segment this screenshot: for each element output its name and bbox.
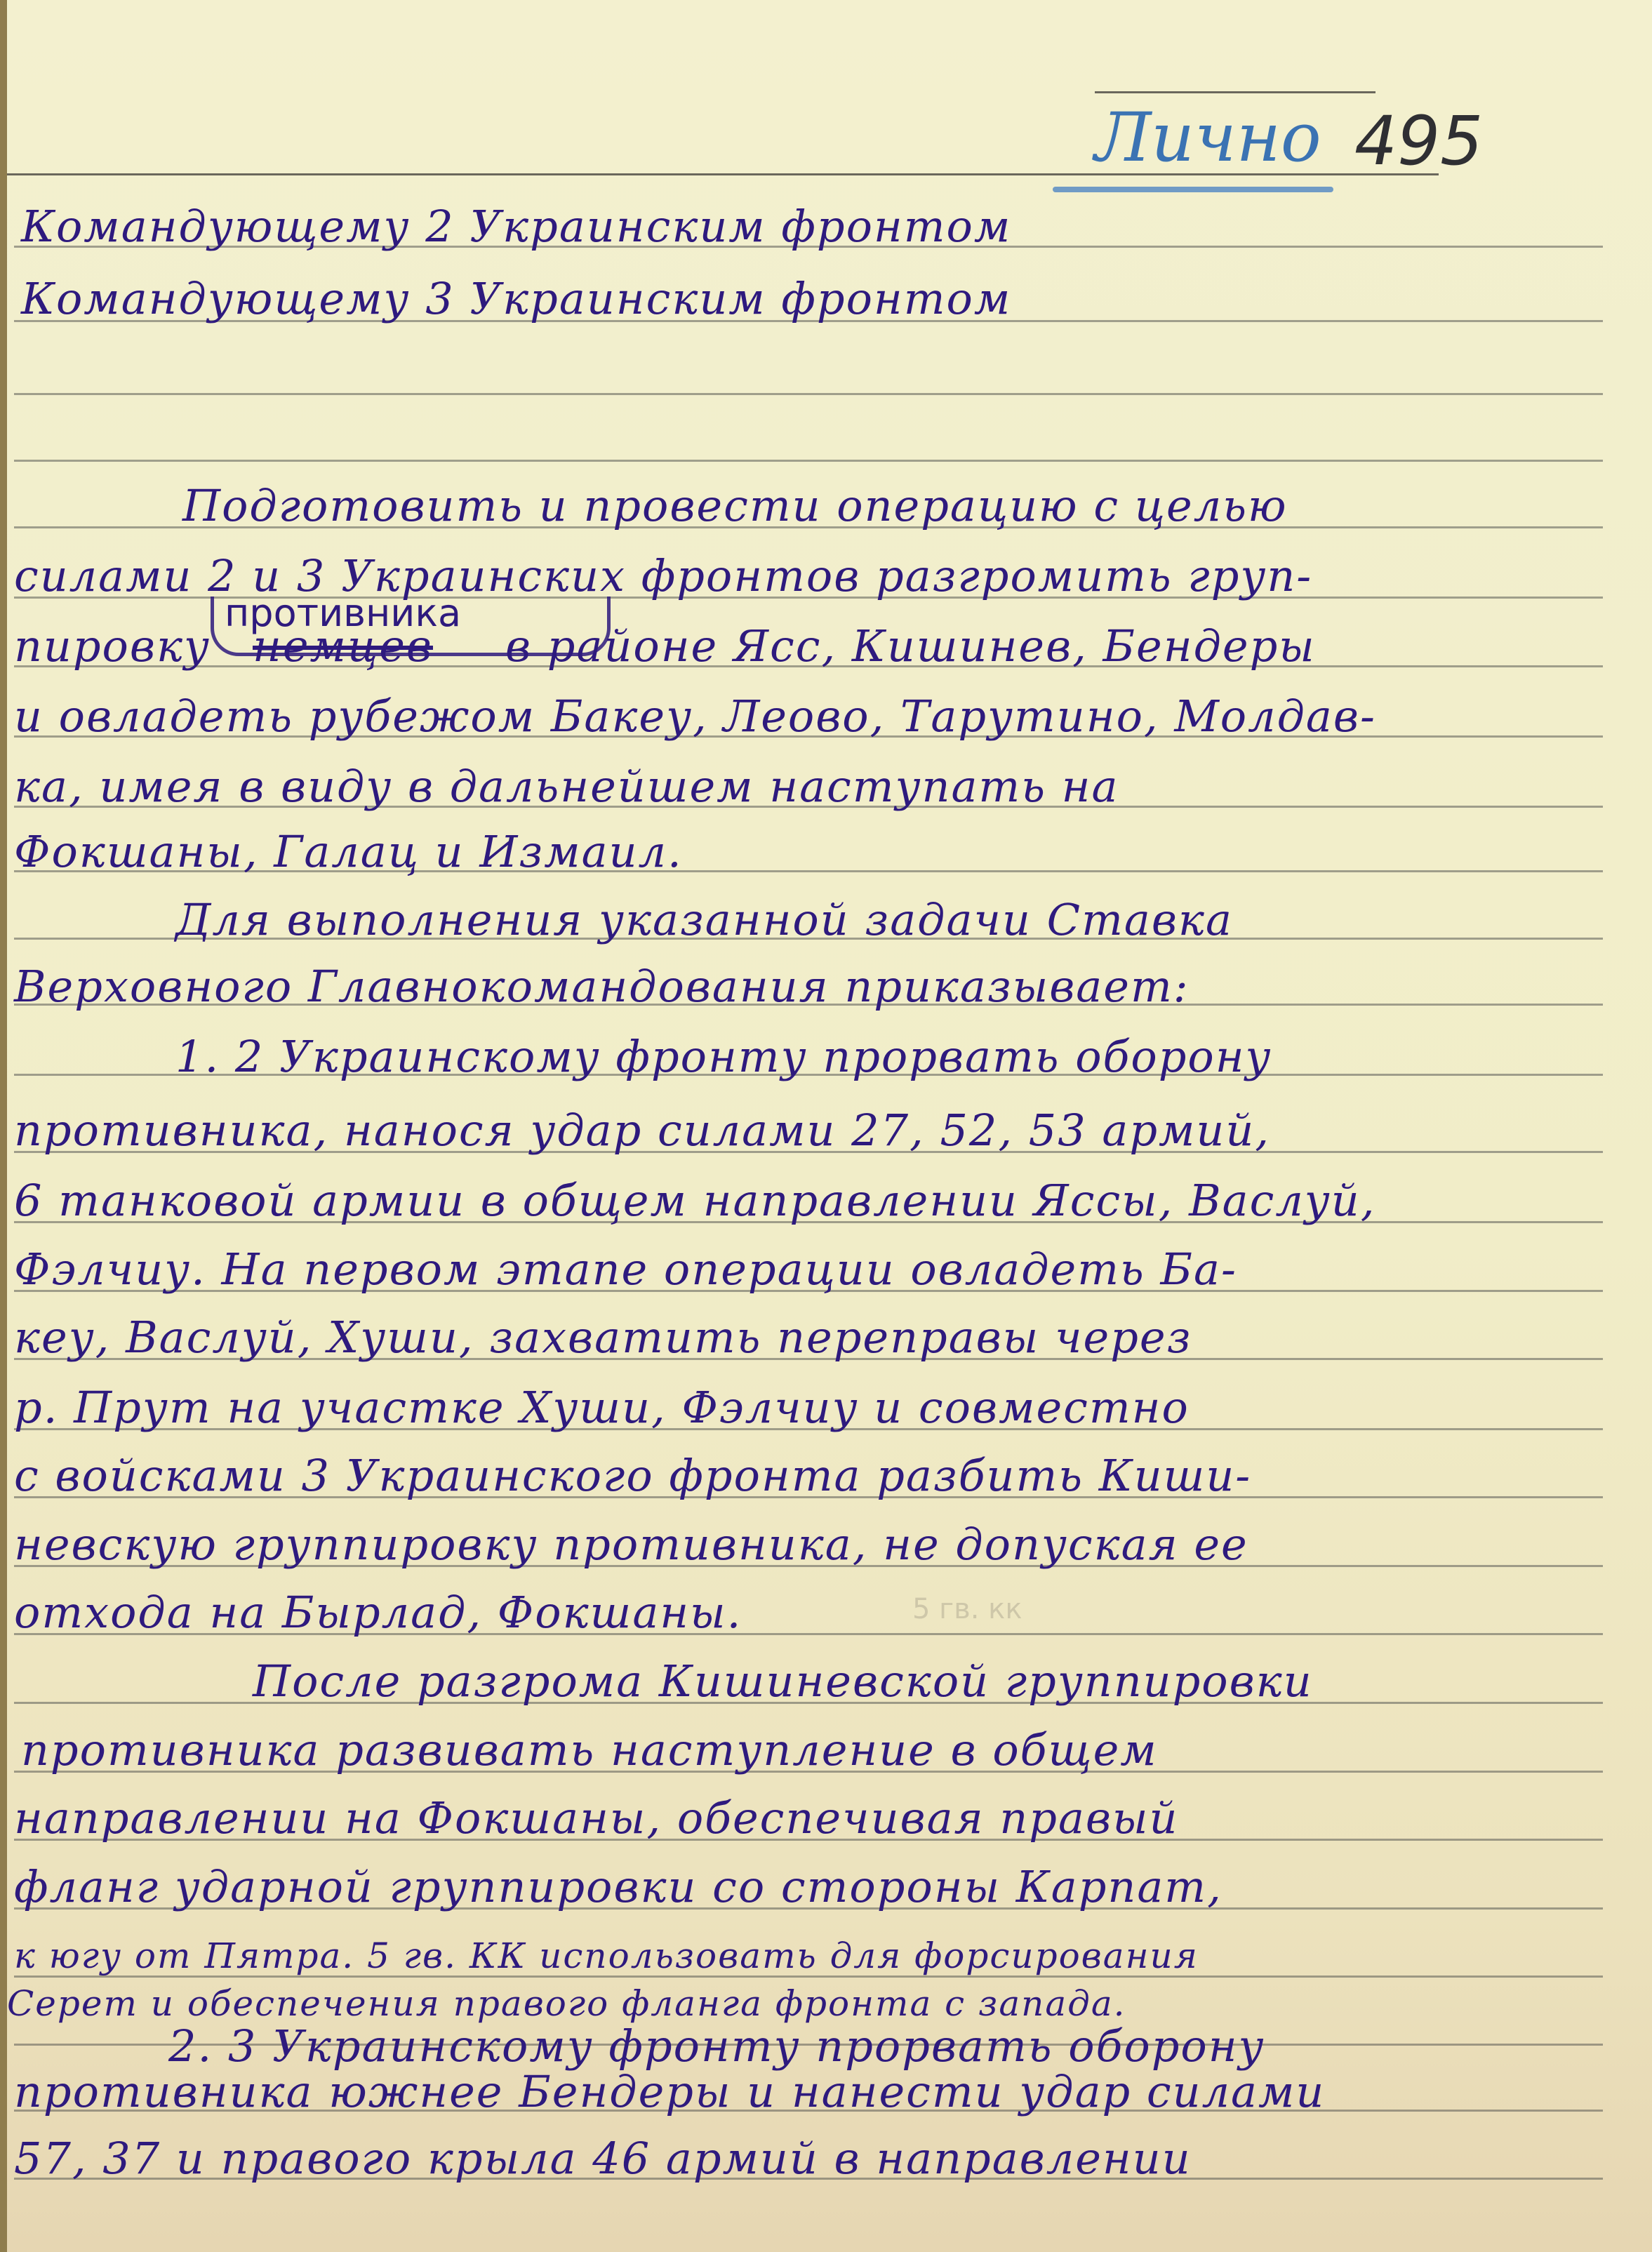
text-line: После разгрома Кишиневской группировки bbox=[253, 1660, 1313, 1703]
stamp-rule bbox=[1095, 91, 1375, 93]
text-line: пировку bbox=[14, 625, 211, 668]
ruled-line bbox=[14, 460, 1603, 462]
addressee-line: Командующему 2 Украинским фронтом bbox=[21, 205, 1011, 248]
text-line: фланг ударной группировки со стороны Кар… bbox=[14, 1865, 1223, 1909]
text-line: 6 танковой армии в общем направлении Ясс… bbox=[14, 1179, 1375, 1222]
text-line: Верховного Главнокомандования приказывае… bbox=[14, 965, 1190, 1008]
text-line: Фокшаны, Галац и Измаил. bbox=[14, 830, 683, 874]
text-line: ка, имея в виду в дальнейшем наступать н… bbox=[14, 765, 1119, 808]
faint-pencil-note: 5 гв. кк bbox=[912, 1593, 1022, 1625]
page-left-edge bbox=[0, 0, 7, 2252]
text-line: кеу, Васлуй, Хуши, захватить переправы ч… bbox=[14, 1316, 1192, 1359]
text-line: противника развивать наступление в общем bbox=[21, 1728, 1158, 1772]
text-line: Подготовить и провести операцию с целью bbox=[182, 484, 1288, 528]
text-line: и овладеть рубежом Бакеу, Леово, Тарутин… bbox=[14, 695, 1376, 738]
text-line: противника южнее Бендеры и нанести удар … bbox=[14, 2070, 1325, 2114]
personal-stamp: Лично bbox=[1095, 98, 1321, 177]
text-line: 1. 2 Украинскому фронту прорвать оборону bbox=[175, 1035, 1272, 1079]
page-number: 495 bbox=[1354, 102, 1483, 180]
text-line: Фэлчиу. На первом этапе операции овладет… bbox=[14, 1248, 1237, 1291]
text-line: с войсками 3 Украинского фронта разбить … bbox=[14, 1454, 1251, 1498]
text-line: 57, 37 и правого крыла 46 армий в направ… bbox=[14, 2137, 1192, 2180]
header-rule bbox=[7, 173, 1439, 175]
ruled-line bbox=[14, 393, 1603, 395]
text-line: 2. 3 Украинскому фронту прорвать оборону bbox=[168, 2025, 1265, 2068]
stamp-underline bbox=[1053, 187, 1333, 192]
text-line: к югу от Пятра. 5 гв. КК использовать дл… bbox=[14, 1938, 1199, 1973]
struck-word: немцев bbox=[253, 625, 433, 668]
text-line: силами 2 и 3 Украинских фронтов разгроми… bbox=[14, 554, 1312, 598]
text-line: Для выполнения указанной задачи Ставка bbox=[175, 898, 1233, 942]
text-line: Серет и обеспечения правого фланга фронт… bbox=[7, 1986, 1126, 2021]
text-line: направлении на Фокшаны, обеспечивая прав… bbox=[14, 1797, 1178, 1840]
text-line: противника, нанося удар силами 27, 52, 5… bbox=[14, 1109, 1270, 1152]
addressee-line: Командующему 3 Украинским фронтом bbox=[21, 277, 1011, 321]
text-line: невскую группировку противника, не допус… bbox=[14, 1523, 1248, 1566]
text-line: р. Прут на участке Хуши, Фэлчиу и совмес… bbox=[14, 1386, 1190, 1430]
text-line: отхода на Бырлад, Фокшаны. bbox=[14, 1591, 742, 1634]
text-line: в районе Ясс, Кишинев, Бендеры bbox=[505, 625, 1316, 668]
